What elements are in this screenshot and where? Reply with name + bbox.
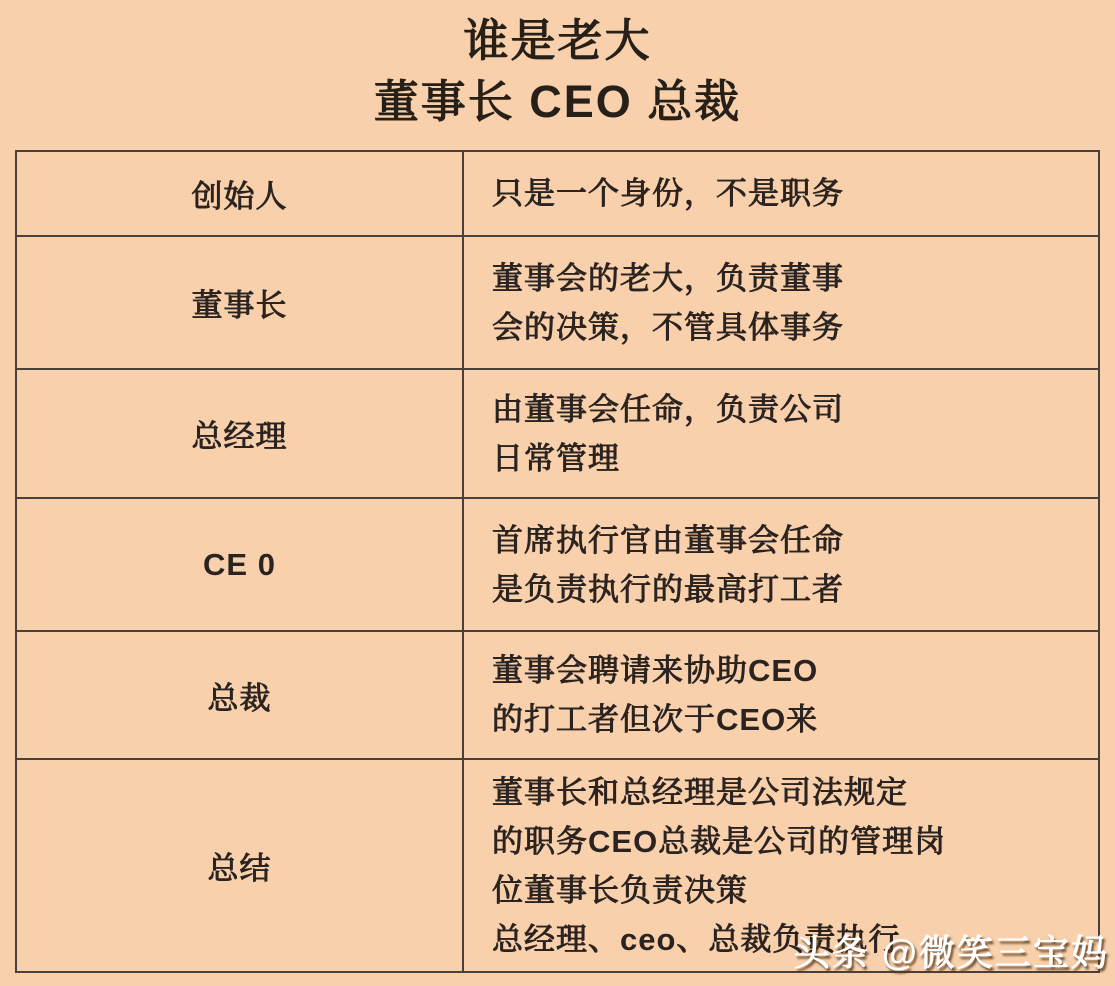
table-row-desc-ceo: 首席执行官由董事会任命 是负责执行的最高打工者 [464, 499, 1098, 632]
title-line-1: 谁是老大 [0, 10, 1115, 71]
table-row-label-summary: 总结 [17, 760, 464, 971]
toutiao-watermark: 头条 @微笑三宝妈 [794, 925, 1109, 976]
roles-table: 创始人 只是一个身份，不是职务 董事长 董事会的老大，负责董事 会的决策，不管具… [15, 150, 1100, 973]
table-row-label-founder: 创始人 [17, 152, 464, 237]
table-row-desc-general-manager: 由董事会任命，负责公司 日常管理 [464, 370, 1098, 499]
title-line-2: 董事长 CEO 总裁 [0, 71, 1115, 132]
table-row-desc-founder: 只是一个身份，不是职务 [464, 152, 1098, 237]
table-row-label-chairman: 董事长 [17, 237, 464, 370]
table-row-desc-chairman: 董事会的老大，负责董事 会的决策，不管具体事务 [464, 237, 1098, 370]
infographic-page: 谁是老大 董事长 CEO 总裁 创始人 只是一个身份，不是职务 董事长 董事会的… [0, 0, 1115, 986]
table-row-desc-president: 董事会聘请来协助CEO 的打工者但次于CEO来 [464, 632, 1098, 760]
page-title: 谁是老大 董事长 CEO 总裁 [0, 0, 1115, 132]
table-row-label-general-manager: 总经理 [17, 370, 464, 499]
table-row-label-president: 总裁 [17, 632, 464, 760]
table-row-label-ceo: CE 0 [17, 499, 464, 632]
